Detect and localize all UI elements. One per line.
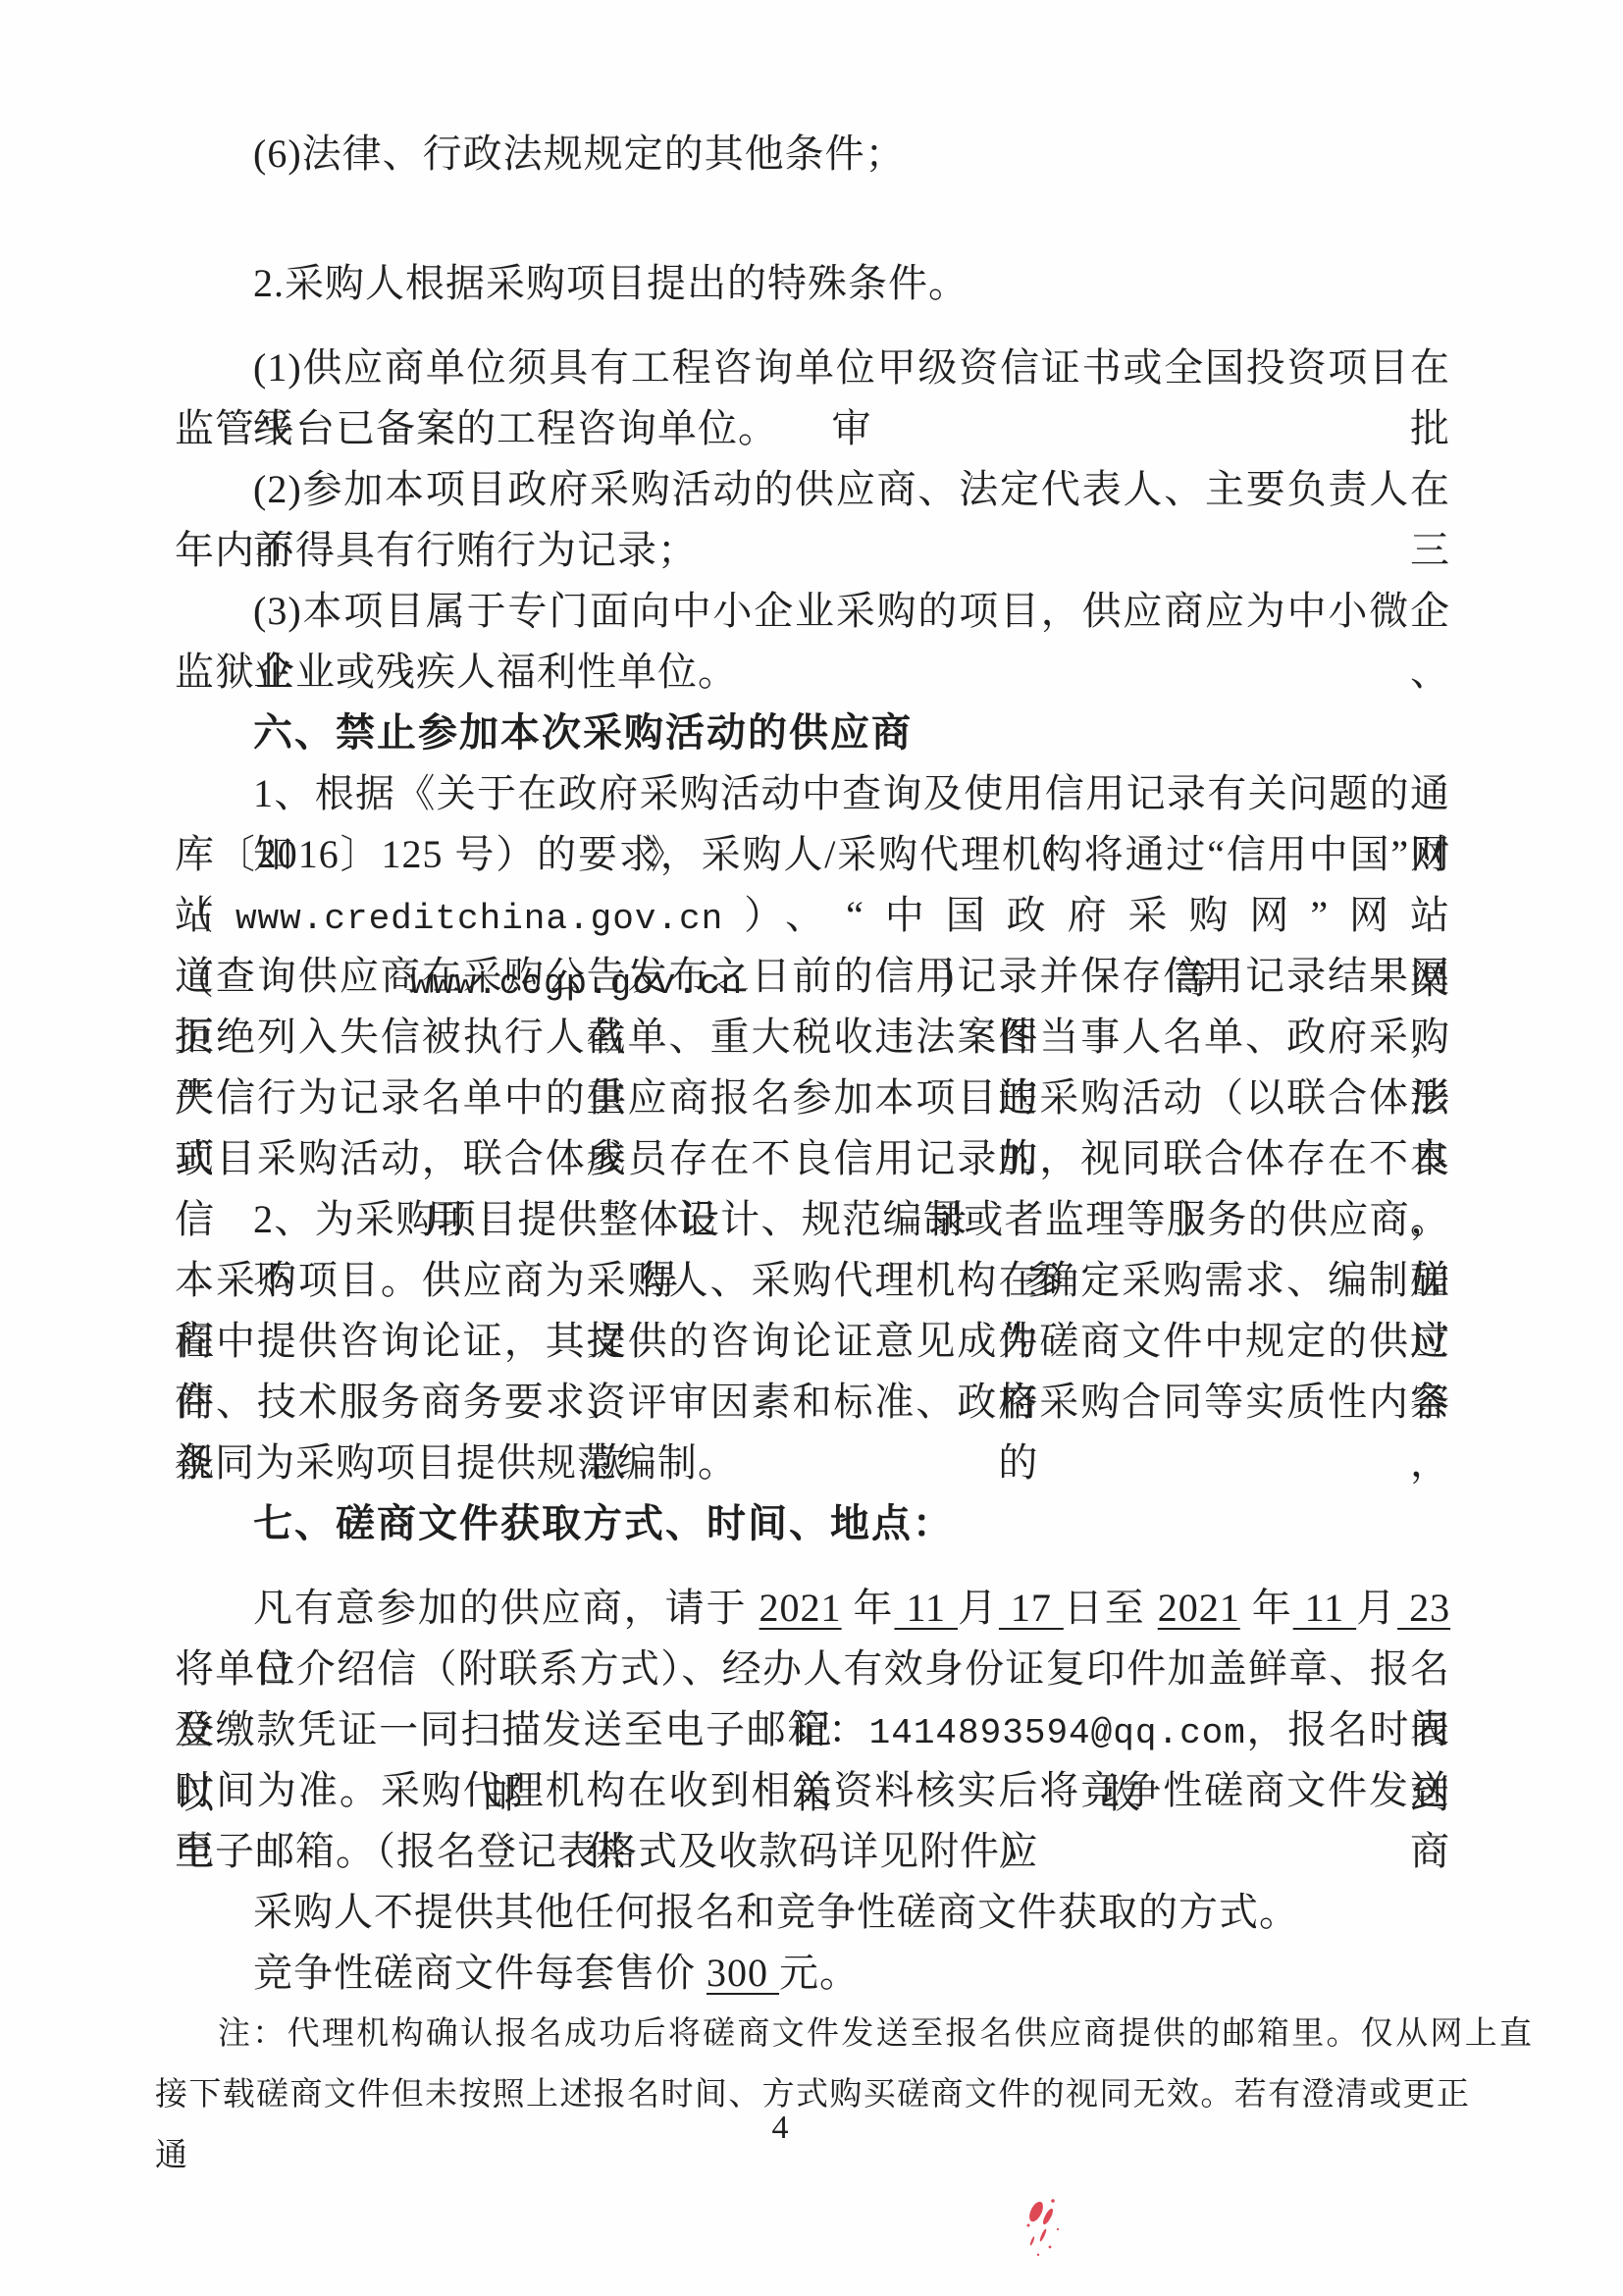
latin-text: www.creditchina.gov.cn [236, 899, 723, 939]
text-run: 元。 [779, 1951, 860, 1995]
text-line: (2)参加本项目政府采购活动的供应商、法定代表人、主要负责人在前三 [175, 459, 1450, 520]
underlined-text: 2021 [759, 1586, 842, 1630]
text-line: 六、禁止参加本次采购活动的供应商 [175, 703, 1450, 763]
underlined-text: 300 [707, 1951, 779, 1995]
text-line: 竞争性磋商文件每套售价 300 元。 [175, 1943, 1450, 2004]
text-line: 件、技术服务商务要求、评审因素和标准、政府采购合同等实质性内容条款的， [175, 1372, 1450, 1433]
text-line: 库〔2016〕125 号）的要求，采购人/采购代理机构将通过“信用中国”网站 [175, 824, 1450, 885]
text-line: 时间为准。采购代理机构在收到相关资料核实后将竞争性磋商文件发送至供应商 [175, 1760, 1450, 1821]
red-ink-stain-icon [1021, 2192, 1070, 2265]
text-run: 七、磋商文件获取方式、时间、地点： [253, 1501, 954, 1545]
text-run: 年 [1240, 1586, 1293, 1630]
text-run: (6)法律、行政法规规定的其他条件； [253, 131, 906, 176]
text-line: （www.creditchina.gov.cn）、“中国政府采购网”网站（www… [175, 885, 1450, 946]
text-line: 程中提供咨询论证，其提供的咨询论证意见成为磋商文件中规定的供应商资格条 [175, 1311, 1450, 1372]
text-line: 2.采购人根据采购项目提出的特殊条件。 [175, 253, 1450, 314]
underlined-text: 23 [1397, 1586, 1450, 1630]
latin-text: 1414893594@qq.com [869, 1713, 1246, 1753]
text-run: 电子邮箱。（报名登记表格式及收款码详见附件） [175, 1829, 1040, 1873]
text-run: 年内不得具有行贿行为记录； [175, 528, 698, 572]
document-body: (6)法律、行政法规规定的其他条件；2.采购人根据采购项目提出的特殊条件。(1)… [175, 124, 1450, 2125]
underlined-text: 11 [894, 1586, 957, 1630]
text-run: 凡有意参加的供应商，请于 [253, 1586, 759, 1630]
text-line: (6)法律、行政法规规定的其他条件； [175, 124, 1450, 184]
text-line: 2、为采购项目提供整体设计、规范编制或者监理等服务的供应商，不得参加 [175, 1189, 1450, 1250]
text-line: (3)本项目属于专门面向中小企业采购的项目，供应商应为中小微企业、 [175, 581, 1450, 642]
text-line: 拒绝列入失信被执行人名单、重大税收违法案件当事人名单、政府采购严重违法 [175, 1007, 1450, 1068]
text-line: 及缴款凭证一同扫描发送至电子邮箱：1414893594@qq.com，报名时间以… [175, 1699, 1450, 1760]
underlined-text: 2021 [1158, 1586, 1240, 1630]
text-run: 年 [842, 1586, 895, 1630]
text-run: 监狱企业或残疾人福利性单位。 [175, 650, 738, 694]
text-line: 七、磋商文件获取方式、时间、地点： [175, 1493, 1450, 1554]
text-run: 竞争性磋商文件每套售价 [253, 1951, 707, 1995]
text-line: 凡有意参加的供应商，请于 2021 年 11 月 17 日至 2021 年 11… [175, 1578, 1450, 1639]
text-run: 2.采购人根据采购项目提出的特殊条件。 [253, 261, 969, 305]
text-run: 月 [958, 1586, 999, 1630]
text-run: 日至 [1064, 1586, 1158, 1630]
text-line: (1)供应商单位须具有工程咨询单位甲级资信证书或全国投资项目在线审批 [175, 338, 1450, 398]
text-run: 采购人不提供其他任何报名和竞争性磋商文件获取的方式。 [253, 1890, 1299, 1934]
text-line: 将单位介绍信（附联系方式）、经办人有效身份证复印件加盖鲜章、报名登记表 [175, 1639, 1450, 1699]
text-line: 项目采购活动，联合体成员存在不良信用记录的，视同联合体存在不良信用记录）。 [175, 1128, 1450, 1189]
page-number: 4 [0, 2110, 1592, 2147]
text-line: 道查询供应商在采购公告发布之日前的信用记录并保存信用记录结果网页截图， [175, 946, 1450, 1007]
text-run: 注：代理机构确认报名成功后将磋商文件发送至报名供应商提供的邮箱里。仅从网上直 [218, 2016, 1533, 2052]
text-line: 失信行为记录名单中的供应商报名参加本项目的采购活动（以联合体形式参加本 [175, 1068, 1450, 1128]
document-page: (6)法律、行政法规规定的其他条件；2.采购人根据采购项目提出的特殊条件。(1)… [0, 0, 1623, 2296]
text-run: 监管平台已备案的工程咨询单位。 [175, 406, 778, 450]
underlined-text: 11 [1293, 1586, 1356, 1630]
text-line: 本采购项目。供应商为采购人、采购代理机构在确定采购需求、编制磋商文件过 [175, 1250, 1450, 1311]
text-run: 及缴款凭证一同扫描发送至电子邮箱： [175, 1707, 869, 1751]
text-run: 六、禁止参加本次采购活动的供应商 [253, 710, 913, 755]
text-line: 采购人不提供其他任何报名和竞争性磋商文件获取的方式。 [175, 1882, 1450, 1943]
text-line: 注：代理机构确认报名成功后将磋商文件发送至报名供应商提供的邮箱里。仅从网上直 [155, 2004, 1533, 2064]
text-run: 月 [1356, 1586, 1397, 1630]
text-run: 视同为采购项目提供规范编制。 [175, 1440, 738, 1485]
underlined-text: 17 [999, 1586, 1064, 1630]
text-line: 1、根据《关于在政府采购活动中查询及使用信用记录有关问题的通知》（财 [175, 763, 1450, 824]
text-run: （ [175, 893, 236, 937]
